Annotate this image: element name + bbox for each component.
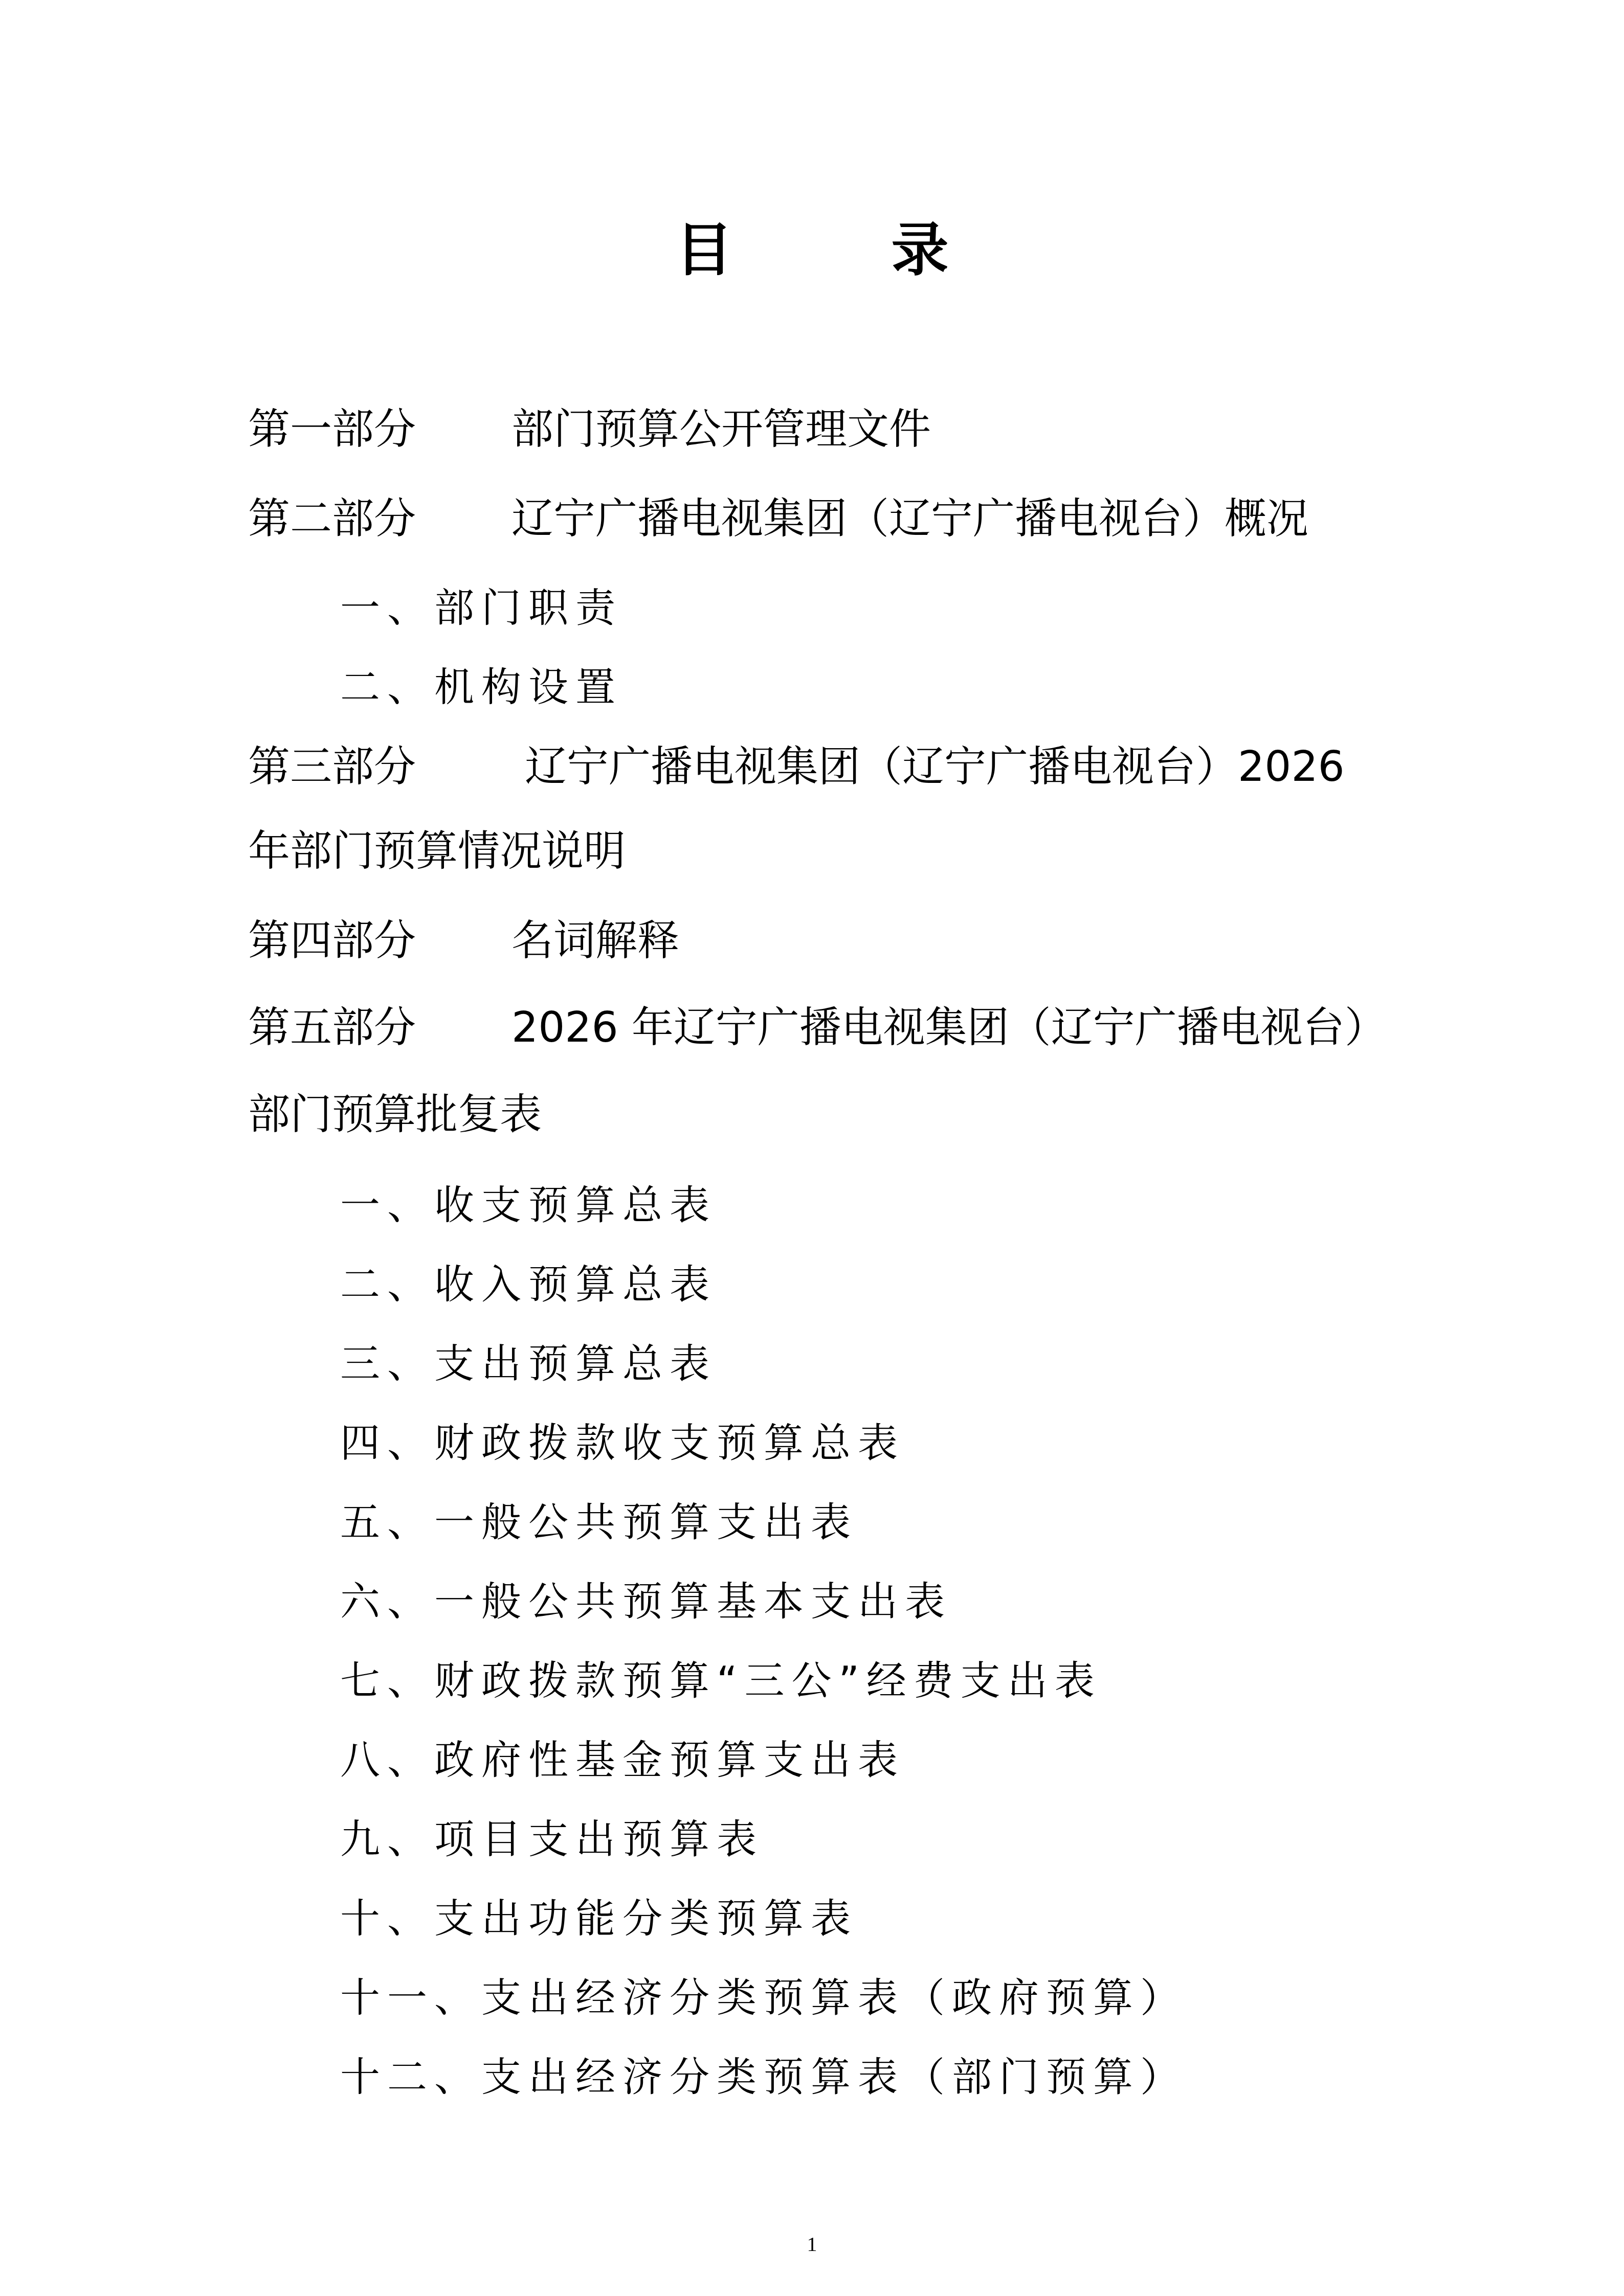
toc-title: 目录: [0, 210, 1624, 291]
toc-table-9[interactable]: 九、项目支出预算表: [340, 1809, 764, 1871]
toc-table-11[interactable]: 十一、支出经济分类预算表（政府预算）: [340, 1968, 1187, 2029]
part-text: 名词解释: [511, 916, 679, 965]
toc-table-12[interactable]: 十二、支出经济分类预算表（部门预算）: [340, 2047, 1187, 2108]
toc-item-org-structure[interactable]: 二、机构设置: [340, 657, 622, 718]
part-label: 第二部分: [248, 488, 511, 550]
part-label: 第三部分: [248, 736, 511, 798]
page-number: 1: [0, 2232, 1624, 2256]
toc-title-char-2: 录: [892, 217, 949, 284]
toc-part-2[interactable]: 第二部分辽宁广播电视集团（辽宁广播电视台）概况: [248, 488, 1308, 550]
toc-table-7[interactable]: 七、财政拨款预算“三公”经费支出表: [340, 1651, 1102, 1712]
toc-part-5-continuation[interactable]: 部门预算批复表: [248, 1084, 542, 1145]
toc-title-char-1: 目: [676, 217, 733, 284]
toc-table-5[interactable]: 五、一般公共预算支出表: [340, 1492, 858, 1554]
toc-table-2[interactable]: 二、收入预算总表: [340, 1254, 717, 1316]
part-text: 部门预算公开管理文件: [511, 405, 931, 454]
toc-part-5[interactable]: 第五部分2026 年辽宁广播电视集团（辽宁广播电视台）: [248, 997, 1387, 1059]
toc-part-4[interactable]: 第四部分名词解释: [248, 910, 679, 972]
toc-table-4[interactable]: 四、财政拨款收支预算总表: [340, 1413, 905, 1474]
part-label: 第五部分: [248, 997, 511, 1059]
part-text: 2026 年辽宁广播电视集团（辽宁广播电视台）: [511, 1003, 1387, 1052]
part-label: 第四部分: [248, 910, 511, 972]
toc-part-3[interactable]: 第三部分 辽宁广播电视集团（辽宁广播电视台）2026: [248, 736, 1345, 798]
toc-table-6[interactable]: 六、一般公共预算基本支出表: [340, 1571, 952, 1633]
toc-table-10[interactable]: 十、支出功能分类预算表: [340, 1888, 858, 1950]
toc-table-3[interactable]: 三、支出预算总表: [340, 1334, 717, 1395]
toc-table-1[interactable]: 一、收支预算总表: [340, 1175, 717, 1236]
toc-part-1[interactable]: 第一部分部门预算公开管理文件: [248, 399, 931, 460]
toc-part-3-continuation[interactable]: 年部门预算情况说明: [248, 821, 626, 882]
toc-table-8[interactable]: 八、政府性基金预算支出表: [340, 1730, 905, 1791]
toc-item-dept-duties[interactable]: 一、部门职责: [340, 578, 622, 639]
part-label: 第一部分: [248, 399, 511, 460]
part-text: 辽宁广播电视集团（辽宁广播电视台）概况: [511, 494, 1308, 543]
part-text: 辽宁广播电视集团（辽宁广播电视台）2026: [511, 742, 1345, 791]
